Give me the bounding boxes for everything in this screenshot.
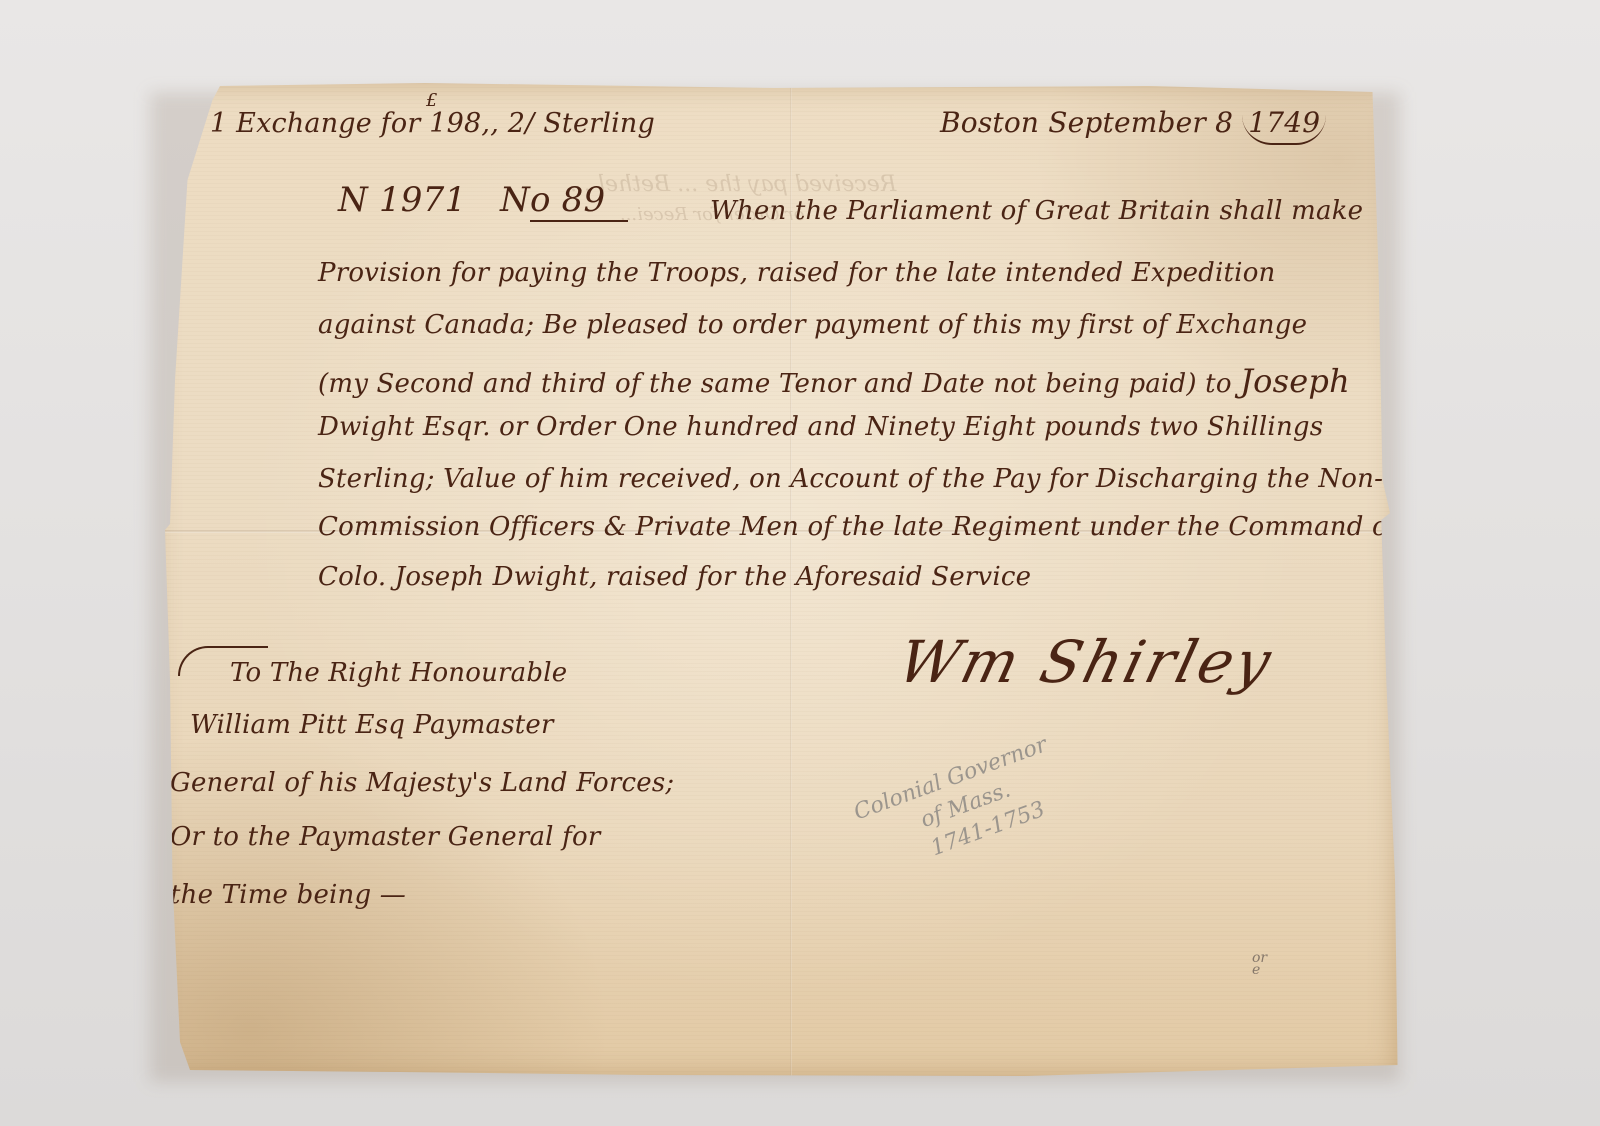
bleed-through-text-1: Received pay the ... Bethel ... [570, 172, 896, 197]
place-and-date: Boston September 8 1749 [940, 106, 1326, 145]
address-line-4: Or to the Paymaster General for [170, 822, 600, 852]
address-line-3: General of his Majesty's Land Forces; [170, 768, 674, 798]
date-year: 1749 [1242, 106, 1326, 145]
exchange-amount-line: 1 Exchange for 198,, 2/ Sterling [210, 108, 655, 139]
body-line-5: Dwight Esqr. or Order One hundred and Ni… [318, 412, 1323, 442]
serial-number-b: No 89 [500, 180, 605, 220]
body-line-6: Sterling; Value of him received, on Acco… [318, 464, 1383, 494]
document-paper: Received pay the ... Bethel ... or Order… [150, 80, 1400, 1080]
payee-first-name: Joseph [1240, 362, 1350, 400]
serial-number-a: N 1971 [338, 180, 466, 220]
pound-symbol: £ [426, 90, 438, 111]
place-date-text: Boston September 8 [940, 106, 1233, 139]
body-line-2: Provision for paying the Troops, raised … [318, 258, 1276, 288]
signature: Wm Shirley [892, 628, 1281, 696]
body-line-8: Colo. Joseph Dwight, raised for the Afor… [318, 562, 1031, 592]
corner-pencil-mark: or e [1252, 952, 1267, 976]
serial-underline [530, 220, 628, 222]
body-line-1: When the Parliament of Great Britain sha… [710, 196, 1363, 226]
address-line-5: the Time being — [170, 880, 406, 910]
body-line-3: against Canada; Be pleased to order paym… [318, 310, 1307, 340]
address-line-1: To The Right Honourable [230, 658, 567, 688]
body-line-4-text: (my Second and third of the same Tenor a… [318, 369, 1232, 399]
body-line-7: Commission Officers & Private Men of the… [318, 512, 1398, 542]
body-line-4: (my Second and third of the same Tenor a… [318, 362, 1350, 400]
address-line-2: William Pitt Esq Paymaster [190, 710, 554, 740]
